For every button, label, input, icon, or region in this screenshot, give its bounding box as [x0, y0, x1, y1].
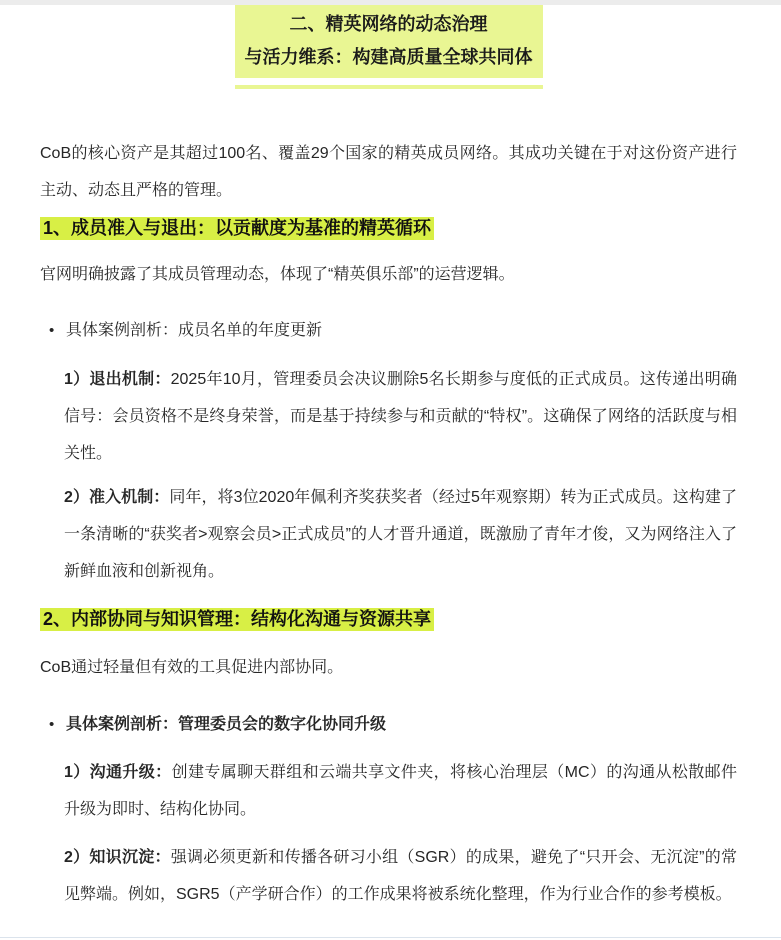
- section-1-item-1-label: 1）退出机制：: [64, 371, 171, 388]
- section-2-lead-paragraph: CoB通过轻量但有效的工具促进内部协同。: [40, 649, 737, 686]
- section-heading-1: 1、成员准入与退出：以贡献度为基准的精英循环: [40, 215, 737, 242]
- section-2-bullet-item: • 具体案例剖析：管理委员会的数字化协同升级: [40, 706, 737, 743]
- document-page: 二、精英网络的动态治理 与活力维系：构建高质量全球共同体 CoB的核心资产是其超…: [0, 5, 781, 913]
- section-1-item-2-label: 2）准入机制：: [64, 489, 169, 506]
- title-area: 二、精英网络的动态治理 与活力维系：构建高质量全球共同体: [40, 5, 737, 89]
- section-1-item-1: 1）退出机制：2025年10月，管理委员会决议删除5名长期参与度低的正式成员。这…: [64, 361, 737, 472]
- page-bottom-divider: [0, 937, 781, 938]
- section-heading-2: 2、内部协同与知识管理：结构化沟通与资源共享: [40, 606, 737, 633]
- section-2-item-2: 2）知识沉淀：强调必须更新和传播各研习小组（SGR）的成果，避免了“只开会、无沉…: [64, 839, 737, 913]
- section-1-item-2: 2）准入机制：同年，将3位2020年佩利齐奖获奖者（经过5年观察期）转为正式成员…: [64, 479, 737, 590]
- section-2-item-1-label: 1）沟通升级：: [64, 764, 172, 781]
- section-heading-1-text: 1、成员准入与退出：以贡献度为基准的精英循环: [40, 217, 434, 240]
- section-1-lead-paragraph: 官网明确披露了其成员管理动态，体现了“精英俱乐部”的运营逻辑。: [40, 256, 737, 293]
- section-1-bullet-item: • 具体案例剖析：成员名单的年度更新: [40, 312, 737, 349]
- section-1-bullet-text: 具体案例剖析：成员名单的年度更新: [66, 312, 322, 349]
- document-title: 二、精英网络的动态治理 与活力维系：构建高质量全球共同体: [235, 5, 543, 78]
- section-2-bullet-text: 具体案例剖析：管理委员会的数字化协同升级: [66, 706, 386, 743]
- intro-paragraph: CoB的核心资产是其超过100名、覆盖29个国家的精英成员网络。其成功关键在于对…: [40, 135, 737, 209]
- section-heading-2-text: 2、内部协同与知识管理：结构化沟通与资源共享: [40, 608, 434, 631]
- bullet-icon: •: [49, 312, 66, 349]
- title-highlight-bar: [235, 85, 543, 89]
- document-title-line-2: 与活力维系：构建高质量全球共同体: [245, 41, 533, 74]
- bullet-icon: •: [49, 706, 66, 743]
- title-highlight-group: 二、精英网络的动态治理 与活力维系：构建高质量全球共同体: [235, 5, 543, 89]
- document-title-line-1: 二、精英网络的动态治理: [245, 8, 533, 41]
- section-2-item-2-label: 2）知识沉淀：: [64, 849, 171, 866]
- section-2-item-1: 1）沟通升级：创建专属聊天群组和云端共享文件夹，将核心治理层（MC）的沟通从松散…: [64, 754, 737, 828]
